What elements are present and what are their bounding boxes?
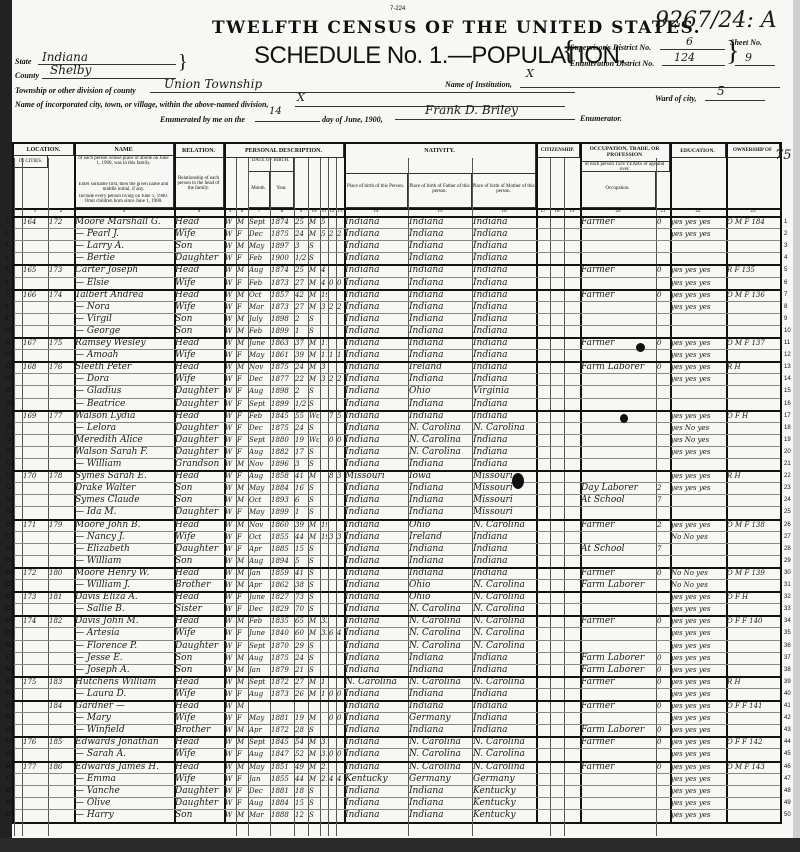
census-sheet: 7-224 TWELFTH CENSUS OF THE UNITED STATE… xyxy=(0,0,800,852)
enumeration-label: Enumeration District No. xyxy=(570,59,654,68)
cell-mother: Indiana xyxy=(473,301,535,314)
row-rule xyxy=(14,264,780,266)
cell-sex: M xyxy=(237,325,247,338)
cell-yrs-married: 4 xyxy=(321,277,327,290)
cell-mother: Indiana xyxy=(473,543,535,556)
cell-marital: S xyxy=(309,603,319,616)
cell-color: W xyxy=(225,458,235,471)
cell-month: Aug xyxy=(249,385,269,398)
cell-age: 1 xyxy=(295,506,307,519)
cell-father: Indiana xyxy=(409,652,471,665)
line-number: 5 xyxy=(784,267,787,273)
cell-birth: Indiana xyxy=(345,603,407,616)
cell-month: May xyxy=(249,482,269,495)
cell-year: 1855 xyxy=(271,773,293,786)
table-row: — Sarah A.WifeWFAug184752M3100IndianaN. … xyxy=(14,748,780,761)
supervisor-label: Supervisor's District No. xyxy=(570,43,651,52)
header-nativity: NATIVITY. xyxy=(344,144,536,174)
cell-color: W xyxy=(225,313,235,326)
line-number: 25 xyxy=(5,509,12,515)
cell-name: — Bertie xyxy=(75,252,173,265)
cell-mother: N. Carolina xyxy=(473,579,535,592)
cell-age: 1/2 xyxy=(295,398,307,411)
cell-yrs-married: 19 xyxy=(321,531,327,544)
cell-edu: yes yes yes xyxy=(671,603,725,616)
cell-birth: Indiana xyxy=(345,531,407,544)
row-rule xyxy=(14,422,780,423)
cell-birth: Indiana xyxy=(345,398,407,411)
cell-father: N. Carolina xyxy=(409,627,471,640)
cell-color: W xyxy=(225,640,235,653)
cell-age: 1 xyxy=(295,325,307,338)
cell-marital: S xyxy=(309,664,319,677)
cell-living: 2 xyxy=(337,228,343,241)
column-number: 16 xyxy=(472,209,536,214)
cell-color: W xyxy=(225,228,235,241)
line-number: 27 xyxy=(784,534,791,540)
cell-father: Indiana xyxy=(409,325,471,338)
line-number: 16 xyxy=(784,401,791,407)
cell-father: Indiana xyxy=(409,228,471,241)
line-number: 34 xyxy=(5,618,12,624)
cell-year: 1877 xyxy=(271,373,293,386)
cell-month: Sept xyxy=(249,398,269,411)
form-number: 7-224 xyxy=(390,6,405,12)
cell-age: 21 xyxy=(295,664,307,677)
line-number: 22 xyxy=(784,473,791,479)
cell-mother: Indiana xyxy=(473,398,535,411)
sheet-label: Sheet No. xyxy=(730,38,762,47)
cell-mother: Missouri xyxy=(473,506,535,519)
cell-relation: Daughter xyxy=(175,543,223,556)
row-rule xyxy=(14,603,780,604)
cell-age: 44 xyxy=(295,773,307,786)
cell-birth: Indiana xyxy=(345,252,407,265)
cell-months-unemp: 0 xyxy=(657,664,669,677)
line-number: 48 xyxy=(5,788,12,794)
line-number: 9 xyxy=(5,316,8,322)
cell-father: Indiana xyxy=(409,301,471,314)
line-number: 46 xyxy=(784,764,791,770)
table-row: Drake WalterSonWMMay188416SIndianaIndian… xyxy=(14,482,780,495)
cell-birth: Indiana xyxy=(345,748,407,761)
cell-children: 0 xyxy=(329,748,335,761)
line-number: 46 xyxy=(5,764,12,770)
table-row: — MaryWifeWFMay188119M00IndianaGermanyIn… xyxy=(14,712,780,725)
table-row: — BertieDaughterWFFeb19001/2SIndianaIndi… xyxy=(14,252,780,265)
cell-months-unemp: 2 xyxy=(657,482,669,495)
cell-name: — Nancy J. xyxy=(75,531,173,544)
cell-year: 1847 xyxy=(271,748,293,761)
cell-sex: F xyxy=(237,506,247,519)
cell-father: Germany xyxy=(409,712,471,725)
table-row: — Jesse E.SonWMAug187524SIndianaIndianaI… xyxy=(14,652,780,665)
line-number: 9 xyxy=(784,316,787,322)
row-rule xyxy=(14,289,780,291)
cell-color: W xyxy=(225,277,235,290)
cell-name: — George xyxy=(75,325,173,338)
row-rule xyxy=(14,555,780,556)
cell-color: W xyxy=(225,555,235,568)
row-rule xyxy=(14,301,780,302)
cell-year: 1861 xyxy=(271,349,293,362)
cell-marital: S xyxy=(309,482,319,495)
row-rule xyxy=(14,543,780,544)
cell-mother: Indiana xyxy=(473,555,535,568)
cell-mother: N. Carolina xyxy=(473,640,535,653)
line-number: 28 xyxy=(784,546,791,552)
cell-name: — Vanche xyxy=(75,785,173,798)
cell-marital: M xyxy=(309,228,319,241)
cell-months-unemp: 7 xyxy=(657,494,669,507)
cell-relation: Daughter xyxy=(175,252,223,265)
row-rule xyxy=(14,688,780,689)
cell-relation: Son xyxy=(175,652,223,665)
cell-father: Indiana xyxy=(409,494,471,507)
cell-months-unemp: 0 xyxy=(657,724,669,737)
header-date-of-birth: DATE OF BIRTH. xyxy=(248,158,294,172)
line-number: 49 xyxy=(5,800,12,806)
cell-occupation: Farm Laborer xyxy=(581,664,655,677)
cell-mother: Kentucky xyxy=(473,797,535,810)
cell-children: 0 xyxy=(329,434,335,447)
cell-children: 2 xyxy=(329,228,335,241)
cell-sex: M xyxy=(237,494,247,507)
cell-color: W xyxy=(225,712,235,725)
line-number: 38 xyxy=(784,667,791,673)
cell-marital: S xyxy=(309,785,319,798)
row-rule xyxy=(14,349,780,350)
cell-year: 1899 xyxy=(271,325,293,338)
cell-sex: F xyxy=(237,748,247,761)
line-number: 36 xyxy=(784,643,791,649)
cell-edu: yes yes yes xyxy=(671,627,725,640)
cell-sex: F xyxy=(237,531,247,544)
cell-birth: Indiana xyxy=(345,724,407,737)
row-rule xyxy=(14,482,780,483)
cell-edu: yes yes yes xyxy=(671,373,725,386)
cell-mother: Indiana xyxy=(473,373,535,386)
row-rule xyxy=(14,325,780,326)
line-number: 34 xyxy=(784,618,791,624)
cell-marital: S xyxy=(309,809,319,822)
cell-sex: M xyxy=(237,664,247,677)
cell-age: 38 xyxy=(295,579,307,592)
cell-father: Indiana xyxy=(409,240,471,253)
cell-birth: Indiana xyxy=(345,543,407,556)
cell-mother: Indiana xyxy=(473,240,535,253)
cell-sex: M xyxy=(237,724,247,737)
cell-year: 1881 xyxy=(271,785,293,798)
cell-relation: Wife xyxy=(175,531,223,544)
cell-edu: yes yes yes xyxy=(671,349,725,362)
cell-edu: yes yes yes xyxy=(671,228,725,241)
cell-month: Mar xyxy=(249,301,269,314)
scan-right-edge xyxy=(793,0,800,852)
cell-name: Walson Sarah F. xyxy=(75,446,173,459)
cell-birth: Indiana xyxy=(345,494,407,507)
cell-year: 1898 xyxy=(271,385,293,398)
cell-relation: Daughter xyxy=(175,398,223,411)
cell-father: Indiana xyxy=(409,785,471,798)
cell-age: 70 xyxy=(295,603,307,616)
cell-birth: Indiana xyxy=(345,555,407,568)
cell-name: — Pearl J. xyxy=(75,228,173,241)
row-rule xyxy=(14,519,780,521)
row-rule xyxy=(14,567,780,569)
cell-birth: Indiana xyxy=(345,579,407,592)
census-table: LOCATION. IN CITIES. NAME of each person… xyxy=(12,142,782,824)
line-number: 19 xyxy=(784,437,791,443)
cell-name: — Laura D. xyxy=(75,688,173,701)
cell-age: 12 xyxy=(295,809,307,822)
state-label: State xyxy=(15,57,31,66)
cell-birth: Indiana xyxy=(345,809,407,822)
cell-birth: Indiana xyxy=(345,664,407,677)
cell-father: Indiana xyxy=(409,458,471,471)
line-number: 33 xyxy=(5,606,12,612)
cell-birth: Indiana xyxy=(345,640,407,653)
line-number: 6 xyxy=(784,280,787,286)
cell-year: 1875 xyxy=(271,422,293,435)
line-number: 16 xyxy=(5,401,12,407)
incorporated-label: Name of incorporated city, town, or vill… xyxy=(15,100,268,109)
row-rule xyxy=(14,410,780,412)
cell-birth: Indiana xyxy=(345,313,407,326)
cell-mother: Indiana xyxy=(473,434,535,447)
cell-edu: yes yes yes xyxy=(671,785,725,798)
cell-mother: Indiana xyxy=(473,313,535,326)
line-number: 44 xyxy=(784,739,791,745)
cell-marital: S xyxy=(309,398,319,411)
line-number: 30 xyxy=(784,570,791,576)
column-number: 3 xyxy=(74,209,174,214)
line-number: 10 xyxy=(784,328,791,334)
table-row: Meredith AliceDaughterWFSept188019Wd00In… xyxy=(14,434,780,447)
cell-name: Drake Walter xyxy=(75,482,173,495)
cell-marital: M xyxy=(309,712,319,725)
cell-edu: yes yes yes xyxy=(671,797,725,810)
cell-color: W xyxy=(225,748,235,761)
cell-year: 1893 xyxy=(271,494,293,507)
table-row: — NoraWifeWFMar187327M322IndianaIndianaI… xyxy=(14,301,780,314)
cell-father: Ohio xyxy=(409,579,471,592)
row-rule xyxy=(14,458,780,459)
cell-father: Indiana xyxy=(409,277,471,290)
cell-sex: F xyxy=(237,446,247,459)
table-row: — ElizabethDaughterWFApr188515SIndianaIn… xyxy=(14,543,780,556)
cell-sex: F xyxy=(237,301,247,314)
cell-children: 6 xyxy=(329,627,335,640)
cell-mother: Virginia xyxy=(473,385,535,398)
cell-mother: Indiana xyxy=(473,349,535,362)
cell-mother: Germany xyxy=(473,773,535,786)
row-rule xyxy=(14,712,780,713)
cell-living: 0 xyxy=(337,434,343,447)
row-rule xyxy=(14,724,780,725)
row-rule xyxy=(14,640,780,641)
cell-month: May xyxy=(249,349,269,362)
cell-age: 29 xyxy=(295,640,307,653)
cell-color: W xyxy=(225,482,235,495)
cell-name: Meredith Alice xyxy=(75,434,173,447)
header-birth-person: Place of birth of this Person. xyxy=(344,174,408,208)
line-number: 41 xyxy=(784,703,791,709)
cell-age: 39 xyxy=(295,349,307,362)
cell-children: 4 xyxy=(329,773,335,786)
cell-yrs-married: 21 xyxy=(321,773,327,786)
cell-mother: Indiana xyxy=(473,712,535,725)
cell-color: W xyxy=(225,398,235,411)
cell-relation: Son xyxy=(175,494,223,507)
cell-year: 1879 xyxy=(271,664,293,677)
line-number: 19 xyxy=(5,437,12,443)
cell-age: 15 xyxy=(295,543,307,556)
line-number: 36 xyxy=(5,643,12,649)
cell-birth: Indiana xyxy=(345,446,407,459)
header-relation: RELATION. xyxy=(174,144,224,158)
cell-color: W xyxy=(225,652,235,665)
enumeration-value: 124 xyxy=(674,51,695,64)
cell-year: 1900 xyxy=(271,252,293,265)
cell-father: N. Carolina xyxy=(409,640,471,653)
table-row: — Pearl J.WifeWFDec187524M522IndianaIndi… xyxy=(14,228,780,241)
line-number: 32 xyxy=(784,594,791,600)
cell-age: 19 xyxy=(295,712,307,725)
line-number: 15 xyxy=(784,388,791,394)
cell-birth: Indiana xyxy=(345,785,407,798)
table-row: — Ida M.DaughterWFMay18991SIndianaIndian… xyxy=(14,506,780,519)
line-number: 5 xyxy=(5,267,8,273)
header-education: EDUCATION. xyxy=(670,144,726,158)
column-number: 23 xyxy=(726,209,780,214)
cell-living: 4 xyxy=(337,773,343,786)
column-number: 9 xyxy=(294,209,308,214)
line-number: 12 xyxy=(5,352,12,358)
header-birth-father: Place of birth of Father of this person. xyxy=(408,174,472,208)
cell-sex: M xyxy=(237,579,247,592)
cell-name: — Beatrice xyxy=(75,398,173,411)
cell-marital: M xyxy=(309,531,319,544)
table-row: — WilliamSonWMAug18945SIndianaIndianaInd… xyxy=(14,555,780,568)
cell-month: Aug xyxy=(249,797,269,810)
column-number: 14 xyxy=(344,209,408,214)
cell-year: 1855 xyxy=(271,531,293,544)
cell-birth: Indiana xyxy=(345,422,407,435)
cell-name: — Amoah xyxy=(75,349,173,362)
cell-occupation: Day Laborer xyxy=(581,482,655,495)
cell-name: — Sallie B. xyxy=(75,603,173,616)
header-name: NAME xyxy=(74,144,174,156)
cell-birth: Indiana xyxy=(345,373,407,386)
ward-field: 5 xyxy=(705,88,765,101)
cell-sex: F xyxy=(237,422,247,435)
cell-marital: S xyxy=(309,385,319,398)
cell-father: Indiana xyxy=(409,373,471,386)
cell-year: 1885 xyxy=(271,543,293,556)
cell-year: 1897 xyxy=(271,240,293,253)
cell-marital: S xyxy=(309,458,319,471)
institution-value: X xyxy=(526,67,534,80)
cell-name: — Joseph A. xyxy=(75,664,173,677)
cell-age: 27 xyxy=(295,301,307,314)
cell-marital: M xyxy=(309,773,319,786)
cell-year: 1880 xyxy=(271,434,293,447)
cell-sex: F xyxy=(237,434,247,447)
row-rule xyxy=(14,361,780,363)
header-birth-mother: Place of birth of Mother of this person. xyxy=(472,174,536,208)
cell-mother: N. Carolina xyxy=(473,603,535,616)
ward-value: 5 xyxy=(717,84,725,98)
cell-yrs-married: 3 xyxy=(321,301,327,314)
cell-age: 27 xyxy=(295,277,307,290)
county-value: Shelby xyxy=(50,63,91,77)
cell-color: W xyxy=(225,664,235,677)
line-number: 14 xyxy=(784,376,791,382)
cell-months-unemp: 0 xyxy=(657,652,669,665)
cell-marital: S xyxy=(309,555,319,568)
line-number: 29 xyxy=(5,558,12,564)
cell-edu: yes yes yes xyxy=(671,773,725,786)
cell-year: 1862 xyxy=(271,579,293,592)
cell-age: 6 xyxy=(295,494,307,507)
table-row: — BeatriceDaughterWFSept18991/2SIndianaI… xyxy=(14,398,780,411)
cell-relation: Daughter xyxy=(175,640,223,653)
ink-blot xyxy=(636,343,645,352)
cell-birth: Indiana xyxy=(345,627,407,640)
cell-name: — Harry xyxy=(75,809,173,822)
cell-relation: Daughter xyxy=(175,797,223,810)
line-number: 14 xyxy=(5,376,12,382)
cell-name: — William xyxy=(75,555,173,568)
cell-age: 24 xyxy=(295,228,307,241)
row-rule xyxy=(14,228,780,229)
cell-color: W xyxy=(225,809,235,822)
cell-sex: M xyxy=(237,482,247,495)
ink-blot xyxy=(620,414,628,423)
cell-name: — Winfield xyxy=(75,724,173,737)
line-number: 23 xyxy=(5,485,12,491)
cell-mother: Indiana xyxy=(473,724,535,737)
cell-year: 1884 xyxy=(271,482,293,495)
cell-birth: Indiana xyxy=(345,277,407,290)
cell-relation: Wife xyxy=(175,773,223,786)
line-number: 12 xyxy=(784,352,791,358)
cell-name: — Mary xyxy=(75,712,173,725)
scan-bottom-border xyxy=(0,838,800,852)
line-number: 22 xyxy=(5,473,12,479)
column-number: 1 xyxy=(22,209,48,214)
cell-month: Dec xyxy=(249,422,269,435)
column-number: 6 xyxy=(236,209,248,214)
line-number: 27 xyxy=(5,534,12,540)
cell-living: 3 xyxy=(337,531,343,544)
cell-year: 1873 xyxy=(271,688,293,701)
cell-marital: S xyxy=(309,494,319,507)
cell-marital: M xyxy=(309,277,319,290)
cell-father: N. Carolina xyxy=(409,434,471,447)
cell-birth: Indiana xyxy=(345,458,407,471)
cell-children: 2 xyxy=(329,301,335,314)
cell-color: W xyxy=(225,543,235,556)
row-rule xyxy=(14,615,780,617)
row-rule xyxy=(14,773,780,774)
row-rule xyxy=(14,434,780,435)
row-rule xyxy=(14,652,780,653)
cell-month: May xyxy=(249,712,269,725)
cell-year: 1882 xyxy=(271,446,293,459)
cell-birth: Indiana xyxy=(345,349,407,362)
